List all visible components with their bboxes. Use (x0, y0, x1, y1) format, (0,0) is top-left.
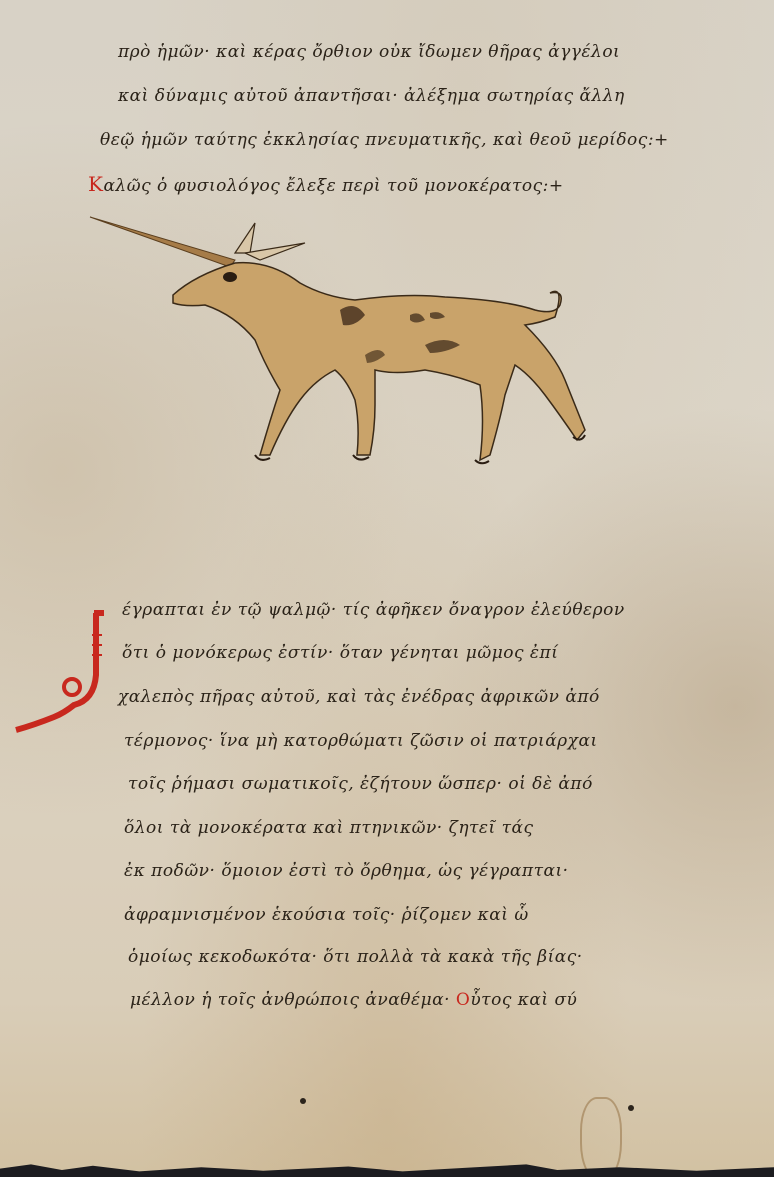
water-stain (580, 1097, 622, 1177)
body-line-1: έγραπται ἐν τῷ ψαλμῷ· τίς ἀφῆκεν ὄναγρον… (122, 600, 625, 620)
body-line-2: ὅτι ὁ μονόκερως ἐστίν· ὅταν γένηται μῶμο… (122, 643, 558, 663)
body-line-7: ἐκ ποδῶν· ὅμοιον ἐστὶ τὸ ὄρθημα, ὡς γέγρ… (124, 861, 569, 881)
unicorn-illustration (85, 205, 615, 475)
body-line-10-text: μέλλον ἡ τοῖς ἀνθρώποις ἀναθέμα· (130, 990, 450, 1010)
manuscript-page: πρὸ ἡμῶν· καὶ κέρας ὄρθιον οὐκ ἴδωμεν θῆ… (0, 0, 774, 1177)
body-line-8: ἀφραμνισμένον ἑκούσια τοῖς· ῥίζομεν καὶ … (124, 905, 529, 925)
body-line-5: τοῖς ῥήμασι σωματικοῖς, ἐζήτουν ὥσπερ· ο… (128, 774, 593, 794)
rubric-initial-omicron: Ο (456, 990, 470, 1010)
body-line-6: ὅλοι τὰ μονοκέρατα καὶ πτηνικῶν· ζητεῖ τ… (124, 818, 534, 838)
rubric-initial: Κ (88, 172, 103, 196)
decorated-initial-gamma (14, 605, 104, 735)
page-bottom-edge (0, 1163, 774, 1177)
text-line-3: θεῷ ἡμῶν ταύτης ἐκκλησίας πνευματικῆς, κ… (100, 130, 669, 150)
body-line-4: τέρμονος· ἵνα μὴ κατορθώματι ζῶσιν οἱ πα… (124, 731, 598, 751)
body-line-3: χαλεπὸς πῆρας αὐτοῦ, καὶ τὰς ἐνέδρας ἀφρ… (118, 687, 600, 707)
text-line-1: πρὸ ἡμῶν· καὶ κέρας ὄρθιον οὐκ ἴδωμεν θῆ… (118, 42, 620, 62)
text-line-2: καὶ δύναμις αὐτοῦ ἀπαντῆσαι· ἀλέξημα σωτ… (118, 86, 625, 106)
body-line-10: μέλλον ἡ τοῖς ἀνθρώποις ἀναθέμα· Οὗτος κ… (130, 990, 577, 1010)
text-line-4: Καλῶς ὁ φυσιολόγος ἔλεξε περὶ τοῦ μονοκέ… (88, 172, 564, 196)
body-line-10-end: ὗτος καὶ σύ (470, 990, 577, 1010)
text-line-4-body: αλῶς ὁ φυσιολόγος ἔλεξε περὶ τοῦ μονοκέρ… (103, 176, 563, 196)
body-line-9: ὁμοίως κεκοδωκότα· ὅτι πολλὰ τὰ κακὰ τῆς… (128, 947, 583, 967)
ink-dot (628, 1105, 634, 1111)
ink-dot (300, 1098, 306, 1104)
